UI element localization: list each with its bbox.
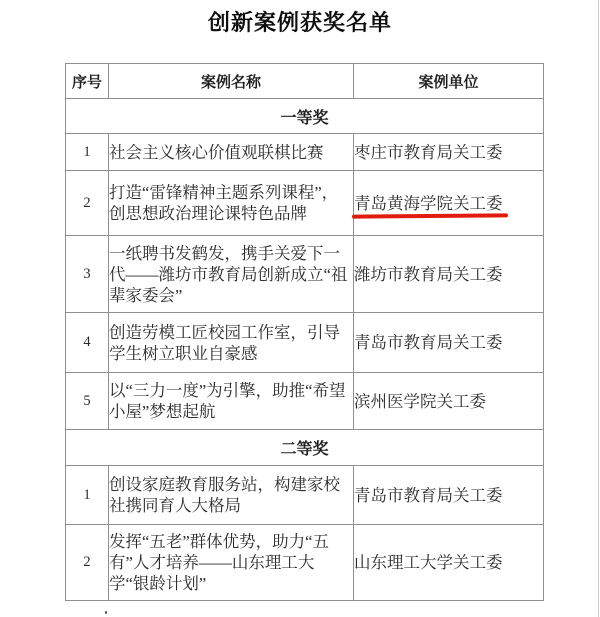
row-number: 5 (66, 373, 109, 430)
cutoff-text-artifact (105, 611, 107, 614)
prize-section-label: 二等奖 (66, 430, 544, 466)
case-unit-cell: 滨州医学院关工委 (354, 373, 544, 430)
column-header-case-unit: 案例单位 (354, 64, 544, 99)
row-number: 1 (66, 466, 109, 525)
prize-section-row: 一等奖 (66, 99, 544, 134)
column-header-case-name: 案例名称 (109, 64, 354, 99)
table-row: 5 以“三力一度”为引擎，助推“希望小屋”梦想起航 滨州医学院关工委 (66, 373, 544, 430)
table-row: 3 一纸聘书发鹤发，携手关爱下一代——潍坊市教育局创新成立“祖辈家委会” 潍坊市… (66, 236, 544, 313)
case-unit-cell: 青岛黄海学院关工委 (354, 171, 544, 236)
case-name-cell: 一纸聘书发鹤发，携手关爱下一代——潍坊市教育局创新成立“祖辈家委会” (109, 236, 354, 313)
table-row: 2 打造“雷锋精神主题系列课程”，创思想政治理论课特色品牌 青岛黄海学院关工委 (66, 171, 544, 236)
case-unit-text: 枣庄市教育局关工委 (354, 142, 503, 163)
case-unit-text-red-underlined: 青岛黄海学院关工委 (354, 193, 503, 214)
row-number: 1 (66, 134, 109, 171)
table-row: 1 创设家庭教育服务站，构建家校社携同育人大格局 青岛市教育局关工委 (66, 466, 544, 525)
case-name-cell: 打造“雷锋精神主题系列课程”，创思想政治理论课特色品牌 (109, 171, 354, 236)
case-name-cell: 以“三力一度”为引擎，助推“希望小屋”梦想起航 (109, 373, 354, 430)
row-number: 2 (66, 525, 109, 601)
case-unit-text: 青岛市教育局关工委 (354, 485, 503, 506)
case-unit-cell: 青岛市教育局关工委 (354, 466, 544, 525)
case-name-cell: 创设家庭教育服务站，构建家校社携同育人大格局 (109, 466, 354, 525)
page-title: 创新案例获奖名单 (0, 6, 600, 37)
case-unit-text: 山东理工大学关工委 (354, 552, 503, 573)
case-unit-cell: 枣庄市教育局关工委 (354, 134, 544, 171)
row-number: 4 (66, 313, 109, 373)
row-number: 3 (66, 236, 109, 313)
case-unit-text: 滨州医学院关工委 (354, 391, 486, 412)
table-header-row: 序号 案例名称 案例单位 (66, 64, 544, 99)
prize-section-row: 二等奖 (66, 430, 544, 466)
case-name-cell: 社会主义核心价值观联棋比赛 (109, 134, 354, 171)
table-row: 2 发挥“五老”群体优势，助力“五有”人才培养——山东理工大学“银龄计划” 山东… (66, 525, 544, 601)
awards-table: 序号 案例名称 案例单位 一等奖 1 社会主义核心价值观联棋比赛 枣庄市教育局关… (65, 63, 544, 601)
case-unit-cell: 潍坊市教育局关工委 (354, 236, 544, 313)
table-row: 1 社会主义核心价值观联棋比赛 枣庄市教育局关工委 (66, 134, 544, 171)
awards-table-body: 一等奖 1 社会主义核心价值观联棋比赛 枣庄市教育局关工委 2 打造“雷锋精神主… (66, 99, 544, 601)
case-unit-text: 潍坊市教育局关工委 (354, 264, 503, 285)
prize-section-label: 一等奖 (66, 99, 544, 134)
row-number: 2 (66, 171, 109, 236)
document-page: 创新案例获奖名单 序号 案例名称 案例单位 一等奖 1 社会主义核心价值观联棋比… (0, 0, 600, 617)
case-name-cell: 发挥“五老”群体优势，助力“五有”人才培养——山东理工大学“银龄计划” (109, 525, 354, 601)
case-unit-cell: 青岛市教育局关工委 (354, 313, 544, 373)
case-unit-cell: 山东理工大学关工委 (354, 525, 544, 601)
case-name-cell: 创造劳模工匠校园工作室，引导学生树立职业自豪感 (109, 313, 354, 373)
case-unit-text: 青岛市教育局关工委 (354, 332, 503, 353)
page-edge-line (598, 0, 599, 617)
column-header-no: 序号 (66, 64, 109, 99)
table-row: 4 创造劳模工匠校园工作室，引导学生树立职业自豪感 青岛市教育局关工委 (66, 313, 544, 373)
